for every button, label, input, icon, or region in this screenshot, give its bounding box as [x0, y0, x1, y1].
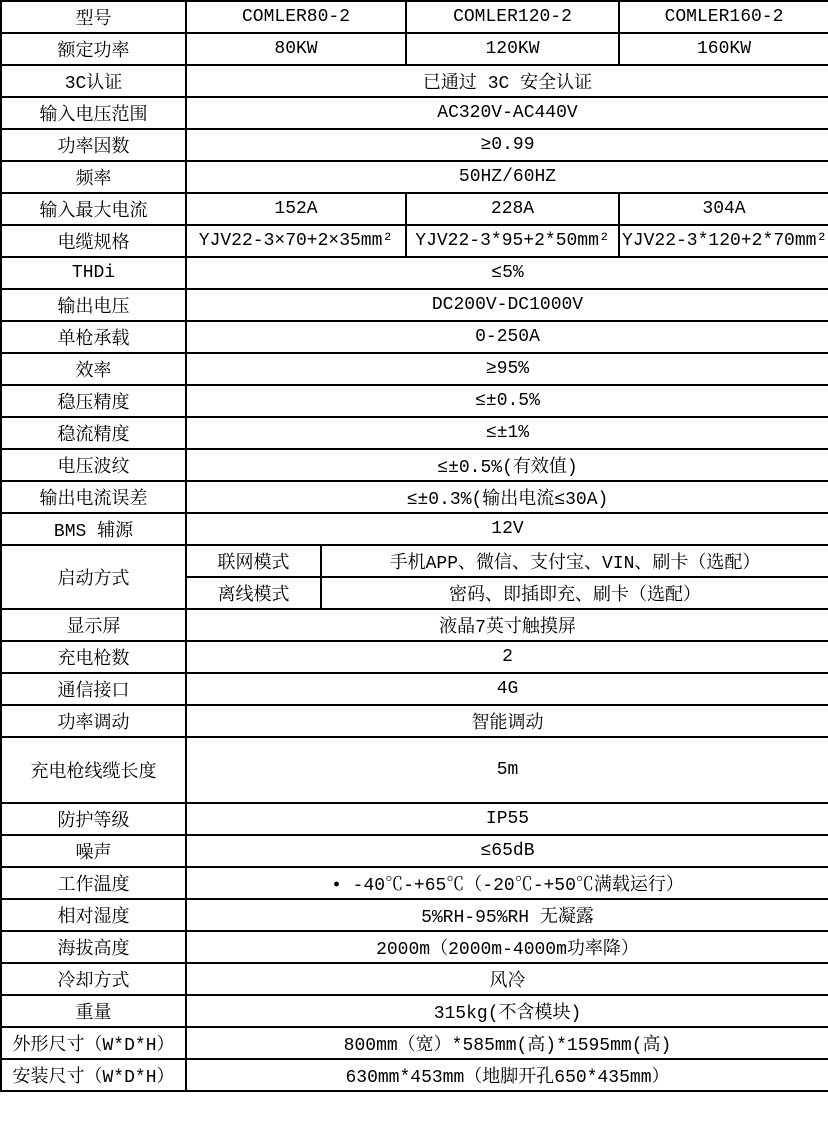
cell-value: 已通过 3C 安全认证 [186, 65, 828, 97]
cell-value: 2 [186, 641, 828, 673]
table-row: 输出电流误差≤±0.3%(输出电流≤30A) [1, 481, 828, 513]
row-label: 3C认证 [1, 65, 186, 97]
table-row: 噪声≤65dB [1, 835, 828, 867]
row-label: 防护等级 [1, 803, 186, 835]
spec-table-body: 型号COMLER80-2COMLER120-2COMLER160-2额定功率80… [1, 1, 828, 1091]
table-row: 防护等级IP55 [1, 803, 828, 835]
table-row: 充电枪线缆长度5m [1, 737, 828, 803]
cell-value: ≤65dB [186, 835, 828, 867]
row-label: 工作温度 [1, 867, 186, 899]
cell-value: 0-250A [186, 321, 828, 353]
table-row: 电缆规格YJV22-3×70+2×35mm²YJV22-3*95+2*50mm²… [1, 225, 828, 257]
row-label: 频率 [1, 161, 186, 193]
cell-value: 315kg(不含模块) [186, 995, 828, 1027]
table-row: 稳流精度≤±1% [1, 417, 828, 449]
cell-value: 120KW [406, 33, 619, 65]
table-row: 充电枪数2 [1, 641, 828, 673]
row-label: 电压波纹 [1, 449, 186, 481]
row-label: 输入最大电流 [1, 193, 186, 225]
row-label: 功率调动 [1, 705, 186, 737]
table-row: 工作温度• -40℃-+65℃（-20℃-+50℃满载运行） [1, 867, 828, 899]
row-label: 输出电压 [1, 289, 186, 321]
table-row: 频率50HZ/60HZ [1, 161, 828, 193]
cell-value: 2000m（2000m-4000m功率降） [186, 931, 828, 963]
row-label: 海拔高度 [1, 931, 186, 963]
cell-value: 4G [186, 673, 828, 705]
cell-value: 风冷 [186, 963, 828, 995]
cell-value: 630mm*453mm（地脚开孔650*435mm） [186, 1059, 828, 1091]
row-label: 稳压精度 [1, 385, 186, 417]
cell-value: • -40℃-+65℃（-20℃-+50℃满载运行） [186, 867, 828, 899]
row-label: 通信接口 [1, 673, 186, 705]
cell-value: ≤5% [186, 257, 828, 289]
cell-value: 304A [619, 193, 828, 225]
cell-value: 80KW [186, 33, 406, 65]
table-row: BMS 辅源12V [1, 513, 828, 545]
table-row: 稳压精度≤±0.5% [1, 385, 828, 417]
row-label: 重量 [1, 995, 186, 1027]
table-row: 输入电压范围AC320V-AC440V [1, 97, 828, 129]
cell-value: 12V [186, 513, 828, 545]
row-label: 显示屏 [1, 609, 186, 641]
row-label: 型号 [1, 1, 186, 33]
row-label: 稳流精度 [1, 417, 186, 449]
cell-value: 液晶7英寸触摸屏 [186, 609, 828, 641]
cell-value: ≤±0.3%(输出电流≤30A) [186, 481, 828, 513]
cell-value: COMLER80-2 [186, 1, 406, 33]
table-row: 功率调动智能调动 [1, 705, 828, 737]
row-label: 噪声 [1, 835, 186, 867]
cell-value: 手机APP、微信、支付宝、VIN、刷卡（选配） [321, 545, 828, 577]
table-row: THDi≤5% [1, 257, 828, 289]
cell-value: COMLER120-2 [406, 1, 619, 33]
cell-value: ≤±0.5%(有效值) [186, 449, 828, 481]
row-label: 外形尺寸（W*D*H） [1, 1027, 186, 1059]
row-label: 充电枪线缆长度 [1, 737, 186, 803]
row-label: 安装尺寸（W*D*H） [1, 1059, 186, 1091]
row-label: 相对湿度 [1, 899, 186, 931]
cell-value: COMLER160-2 [619, 1, 828, 33]
cell-value: 50HZ/60HZ [186, 161, 828, 193]
table-row: 安装尺寸（W*D*H）630mm*453mm（地脚开孔650*435mm） [1, 1059, 828, 1091]
row-label: 冷却方式 [1, 963, 186, 995]
row-label: 电缆规格 [1, 225, 186, 257]
sub-mode-label: 离线模式 [186, 577, 321, 609]
table-row: 输入最大电流152A228A304A [1, 193, 828, 225]
row-label: 效率 [1, 353, 186, 385]
cell-value: YJV22-3*120+2*70mm² [619, 225, 828, 257]
cell-value: 5m [186, 737, 828, 803]
cell-value: YJV22-3×70+2×35mm² [186, 225, 406, 257]
row-label: 功率因数 [1, 129, 186, 161]
row-label: BMS 辅源 [1, 513, 186, 545]
cell-value: IP55 [186, 803, 828, 835]
cell-value: DC200V-DC1000V [186, 289, 828, 321]
cell-value: 160KW [619, 33, 828, 65]
cell-value: ≤±1% [186, 417, 828, 449]
row-label: 单枪承载 [1, 321, 186, 353]
cell-value: 密码、即插即充、刷卡（选配） [321, 577, 828, 609]
table-row: 冷却方式风冷 [1, 963, 828, 995]
table-row: 电压波纹≤±0.5%(有效值) [1, 449, 828, 481]
row-label: 额定功率 [1, 33, 186, 65]
cell-value: 智能调动 [186, 705, 828, 737]
row-label: 输入电压范围 [1, 97, 186, 129]
cell-value: 800mm（宽）*585mm(高)*1595mm(高) [186, 1027, 828, 1059]
table-row: 3C认证已通过 3C 安全认证 [1, 65, 828, 97]
cell-value: YJV22-3*95+2*50mm² [406, 225, 619, 257]
table-row: 功率因数≥0.99 [1, 129, 828, 161]
cell-value: ≥95% [186, 353, 828, 385]
cell-value: ≥0.99 [186, 129, 828, 161]
row-label: THDi [1, 257, 186, 289]
cell-value: 5%RH-95%RH 无凝露 [186, 899, 828, 931]
spec-table: 型号COMLER80-2COMLER120-2COMLER160-2额定功率80… [0, 0, 828, 1092]
row-label: 输出电流误差 [1, 481, 186, 513]
table-row: 外形尺寸（W*D*H）800mm（宽）*585mm(高)*1595mm(高) [1, 1027, 828, 1059]
row-label: 启动方式 [1, 545, 186, 609]
cell-value: 152A [186, 193, 406, 225]
table-row: 效率≥95% [1, 353, 828, 385]
cell-value: AC320V-AC440V [186, 97, 828, 129]
table-row: 单枪承载0-250A [1, 321, 828, 353]
table-row: 海拔高度2000m（2000m-4000m功率降） [1, 931, 828, 963]
table-row: 重量315kg(不含模块) [1, 995, 828, 1027]
cell-value: 228A [406, 193, 619, 225]
table-row: 通信接口4G [1, 673, 828, 705]
table-row: 型号COMLER80-2COMLER120-2COMLER160-2 [1, 1, 828, 33]
table-row: 输出电压DC200V-DC1000V [1, 289, 828, 321]
sub-mode-label: 联网模式 [186, 545, 321, 577]
cell-value: ≤±0.5% [186, 385, 828, 417]
table-row: 启动方式联网模式手机APP、微信、支付宝、VIN、刷卡（选配） [1, 545, 828, 577]
table-row: 额定功率80KW120KW160KW [1, 33, 828, 65]
table-row: 相对湿度5%RH-95%RH 无凝露 [1, 899, 828, 931]
row-label: 充电枪数 [1, 641, 186, 673]
table-row: 显示屏液晶7英寸触摸屏 [1, 609, 828, 641]
